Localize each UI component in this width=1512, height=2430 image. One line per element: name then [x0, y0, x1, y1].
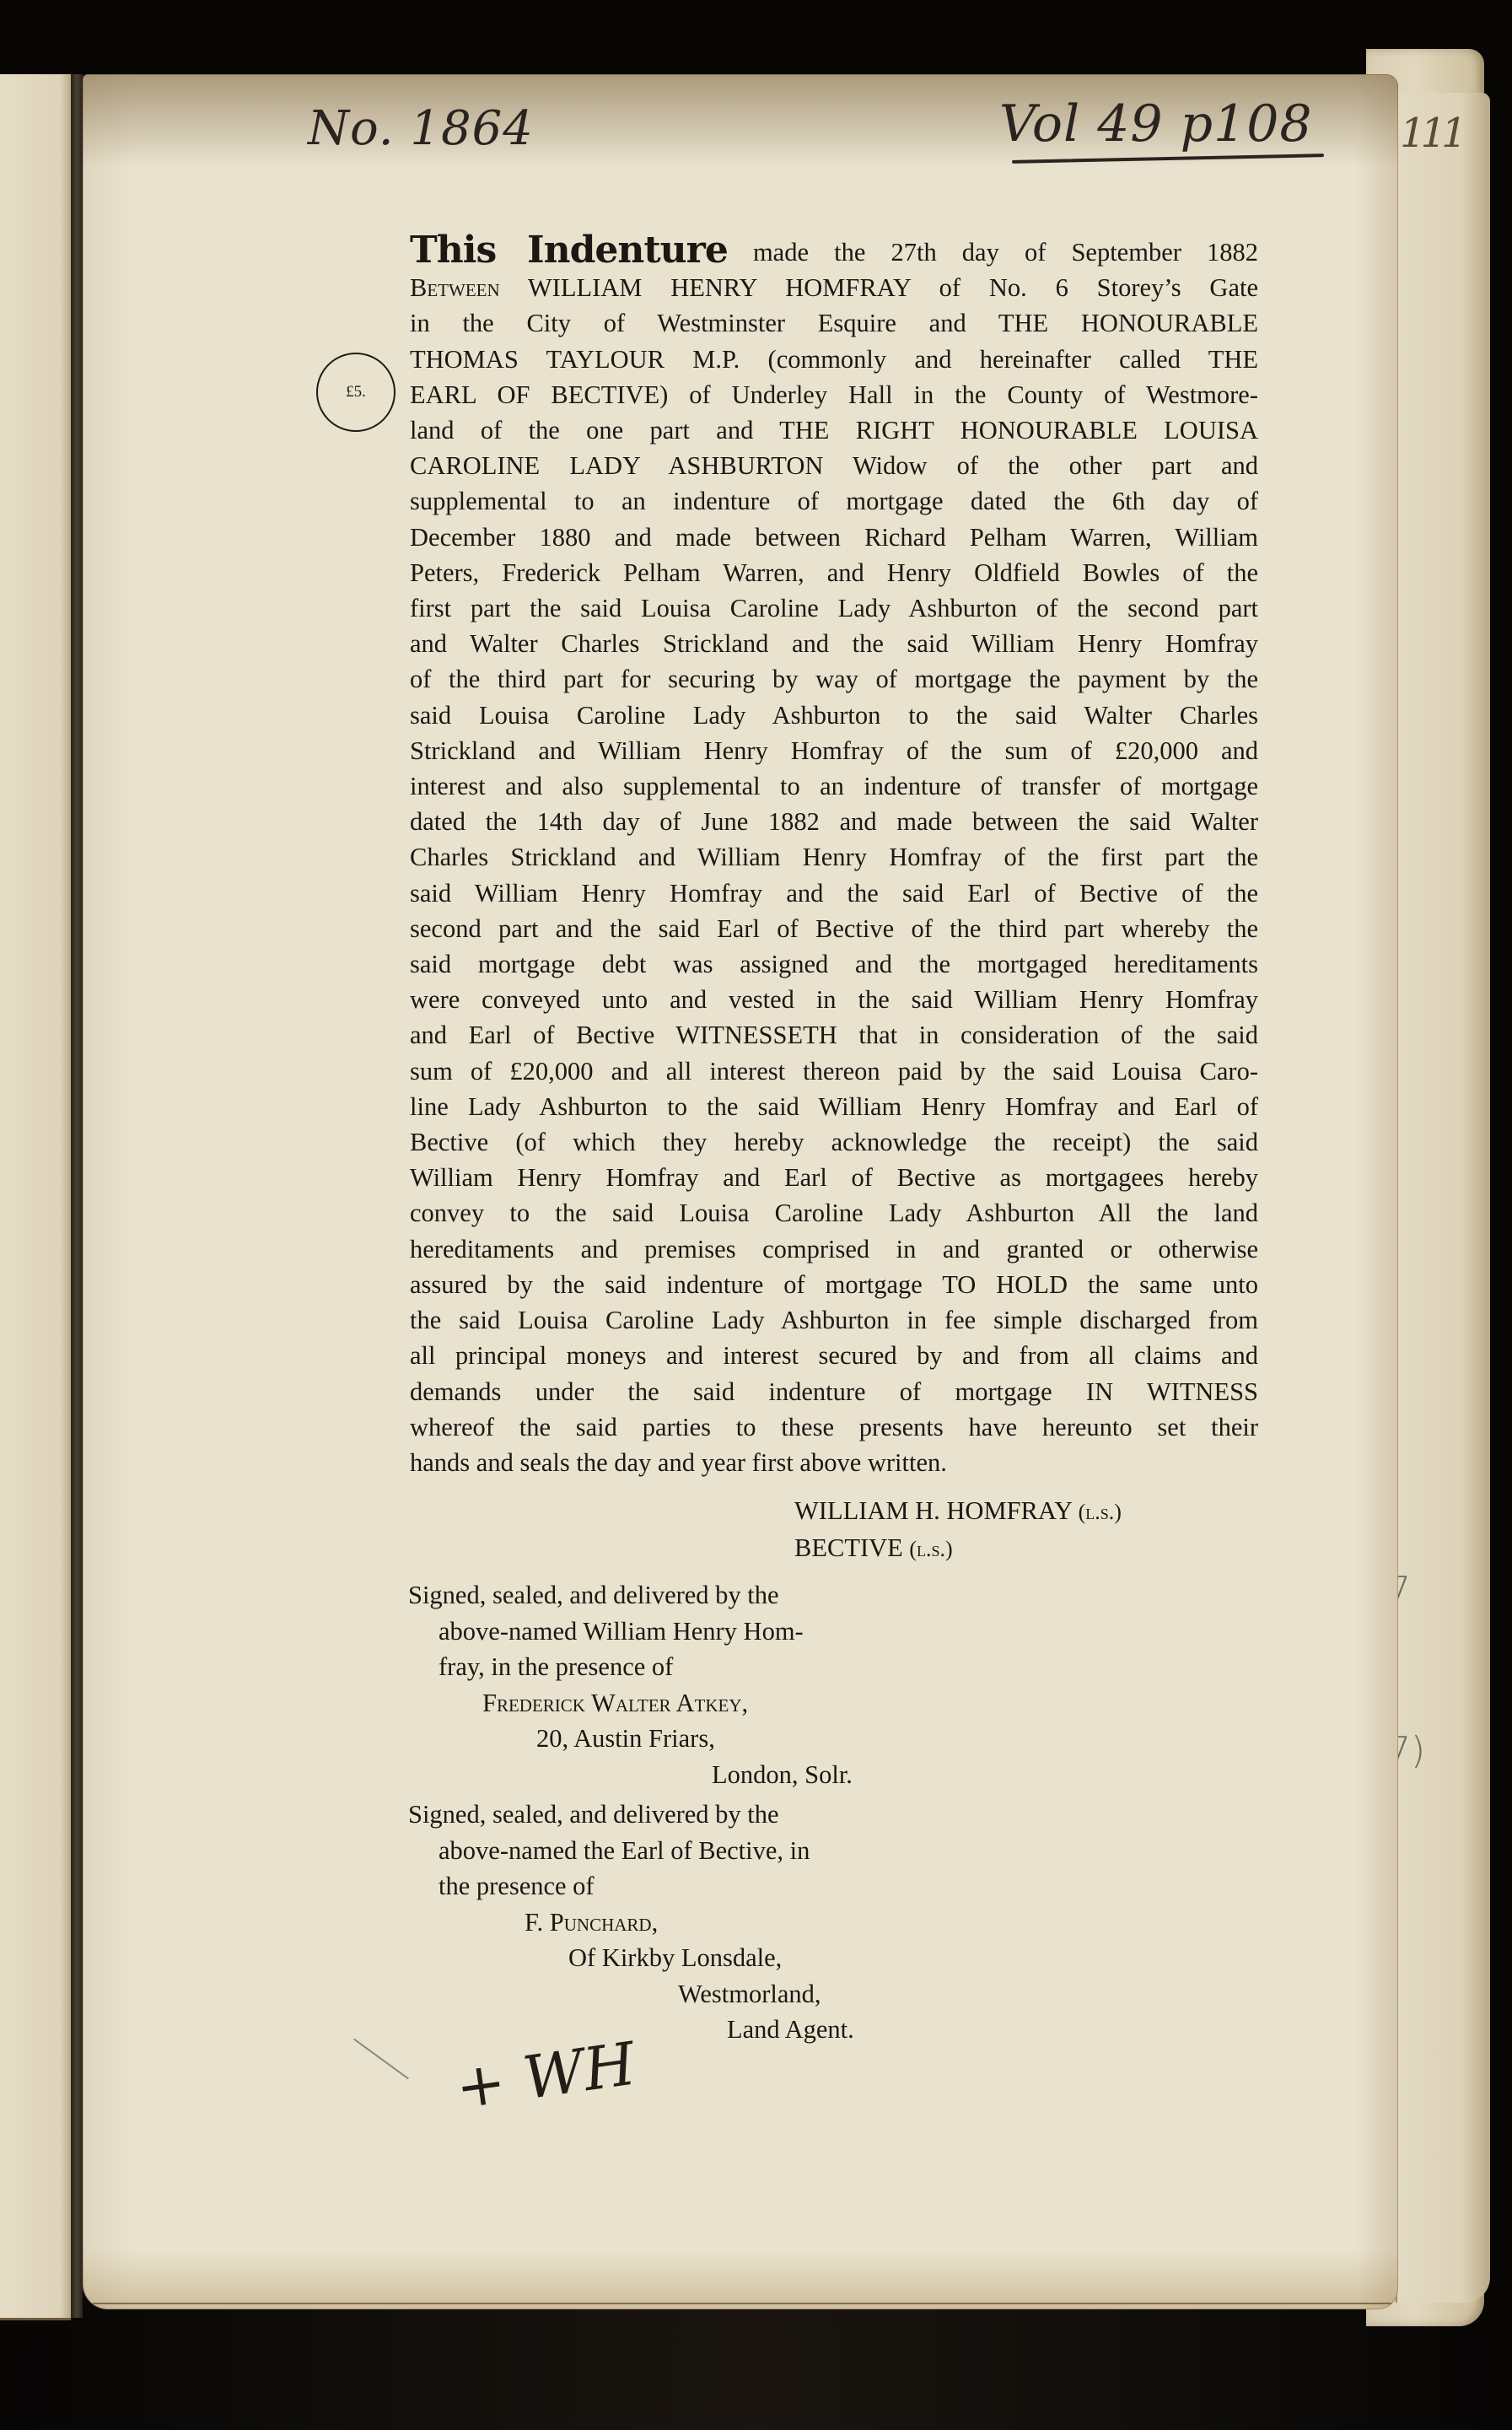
body-line: demands under the said indenture of mort… — [410, 1374, 1258, 1409]
body-line: CAROLINE LADY ASHBURTON Widow of the oth… — [410, 448, 1258, 483]
body-line: Bective (of which they hereby acknowledg… — [410, 1124, 1258, 1160]
body-line: said mortgage debt was assigned and the … — [410, 946, 1258, 982]
attestation-line: the presence of — [439, 1868, 810, 1905]
body-line: hands and seals the day and year first a… — [410, 1445, 1258, 1480]
seal-mark: (l.s.) — [909, 1537, 952, 1561]
witness-address: London, Solr. — [712, 1757, 1083, 1793]
witness-name: Frederick Walter Atkey, — [482, 1685, 853, 1721]
body-line: whereof the said parties to these presen… — [410, 1409, 1258, 1445]
duty-stamp: £5. — [316, 353, 395, 432]
attestation-line: above-named the Earl of Bective, in — [439, 1833, 810, 1869]
body-line: December 1880 and made between Richard P… — [410, 520, 1258, 555]
body-line: William Henry Homfray and Earl of Bectiv… — [410, 1160, 1258, 1195]
body-line: dated the 14th day of June 1882 and made… — [410, 804, 1258, 839]
indenture-body: This Indenture made the 27th day of Sept… — [410, 233, 1258, 1480]
seal-mark: (l.s.) — [1079, 1500, 1122, 1524]
attestation-line: Signed, sealed, and delivered by the — [408, 1577, 779, 1614]
signature-block: WILLIAM H. HOMFRAY (l.s.) BECTIVE (l.s.) — [794, 1493, 1122, 1567]
sheet-edge-line — [93, 2303, 1391, 2304]
body-line: supplemental to an indenture of mortgage… — [410, 483, 1258, 519]
body-line: THOMAS TAYLOUR M.P. (commonly and herein… — [410, 342, 1258, 377]
signature-homfray: WILLIAM H. HOMFRAY (l.s.) — [794, 1493, 1122, 1530]
attestation-bective: Signed, sealed, and delivered by the abo… — [408, 1797, 779, 2048]
body-line: interest and also supplemental to an ind… — [410, 768, 1258, 804]
left-facing-page — [0, 74, 71, 2320]
handwritten-reference-number: No. 1864 — [308, 101, 534, 156]
body-line: sum of £20,000 and all interest thereon … — [410, 1053, 1258, 1089]
body-line: Charles Strickland and William Henry Hom… — [410, 839, 1258, 875]
body-line: of the third part for securing by way of… — [410, 661, 1258, 697]
body-line: were conveyed unto and vested in the sai… — [410, 982, 1258, 1017]
attestation-line: fray, in the presence of — [439, 1649, 810, 1685]
stack-handwritten-mark: 111 — [1400, 110, 1462, 157]
body-line: first part the said Louisa Caroline Lady… — [410, 590, 1258, 626]
body-line: and Earl of Bective WITNESSETH that in c… — [410, 1017, 1258, 1053]
body-line: all principal moneys and interest secure… — [410, 1338, 1258, 1373]
page-stack-edge-inner — [1396, 93, 1490, 2303]
signature-bective: BECTIVE (l.s.) — [794, 1530, 1122, 1567]
body-line: Strickland and William Henry Homfray of … — [410, 733, 1258, 768]
attestation-homfray: Signed, sealed, and delivered by the abo… — [408, 1577, 779, 1792]
body-line: line Lady Ashburton to the said William … — [410, 1089, 1258, 1124]
body-line: Between WILLIAM HENRY HOMFRAY of No. 6 S… — [410, 270, 1258, 305]
body-line: said William Henry Homfray and the said … — [410, 876, 1258, 911]
stamp-value: £5. — [346, 383, 366, 401]
body-line: second part and the said Earl of Bective… — [410, 911, 1258, 946]
handwritten-volume-reference: Vol 49 p108 — [999, 94, 1313, 154]
body-line: assured by the said indenture of mortgag… — [410, 1267, 1258, 1302]
witness-address: Of Kirkby Lonsdale, — [568, 1940, 939, 1976]
body-line: Peters, Frederick Pelham Warren, and Hen… — [410, 555, 1258, 590]
book-gutter — [71, 74, 83, 2318]
attestation-line: above-named William Henry Hom- — [439, 1614, 810, 1650]
body-line: This Indenture made the 27th day of Sept… — [410, 233, 1258, 270]
body-line: hereditaments and premises comprised in … — [410, 1231, 1258, 1267]
body-line: EARL OF BECTIVE) of Underley Hall in the… — [410, 377, 1258, 412]
body-line: convey to the said Louisa Caroline Lady … — [410, 1195, 1258, 1231]
body-line: said Louisa Caroline Lady Ashburton to t… — [410, 698, 1258, 733]
witness-address: Land Agent. — [727, 2012, 1098, 2048]
between-smallcaps: Between — [410, 273, 500, 302]
body-line: the said Louisa Caroline Lady Ashburton … — [410, 1302, 1258, 1338]
body-line: land of the one part and THE RIGHT HONOU… — [410, 412, 1258, 448]
witness-address: Westmorland, — [678, 1976, 1049, 2012]
attestation-line: Signed, sealed, and delivered by the — [408, 1797, 779, 1833]
body-line: and Walter Charles Strickland and the sa… — [410, 626, 1258, 661]
heading-blackletter: This Indenture — [410, 229, 728, 272]
body-line: in the City of Westminster Esquire and T… — [410, 305, 1258, 341]
witness-address: 20, Austin Friars, — [536, 1721, 907, 1757]
witness-name: F. Punchard, — [525, 1905, 896, 1941]
